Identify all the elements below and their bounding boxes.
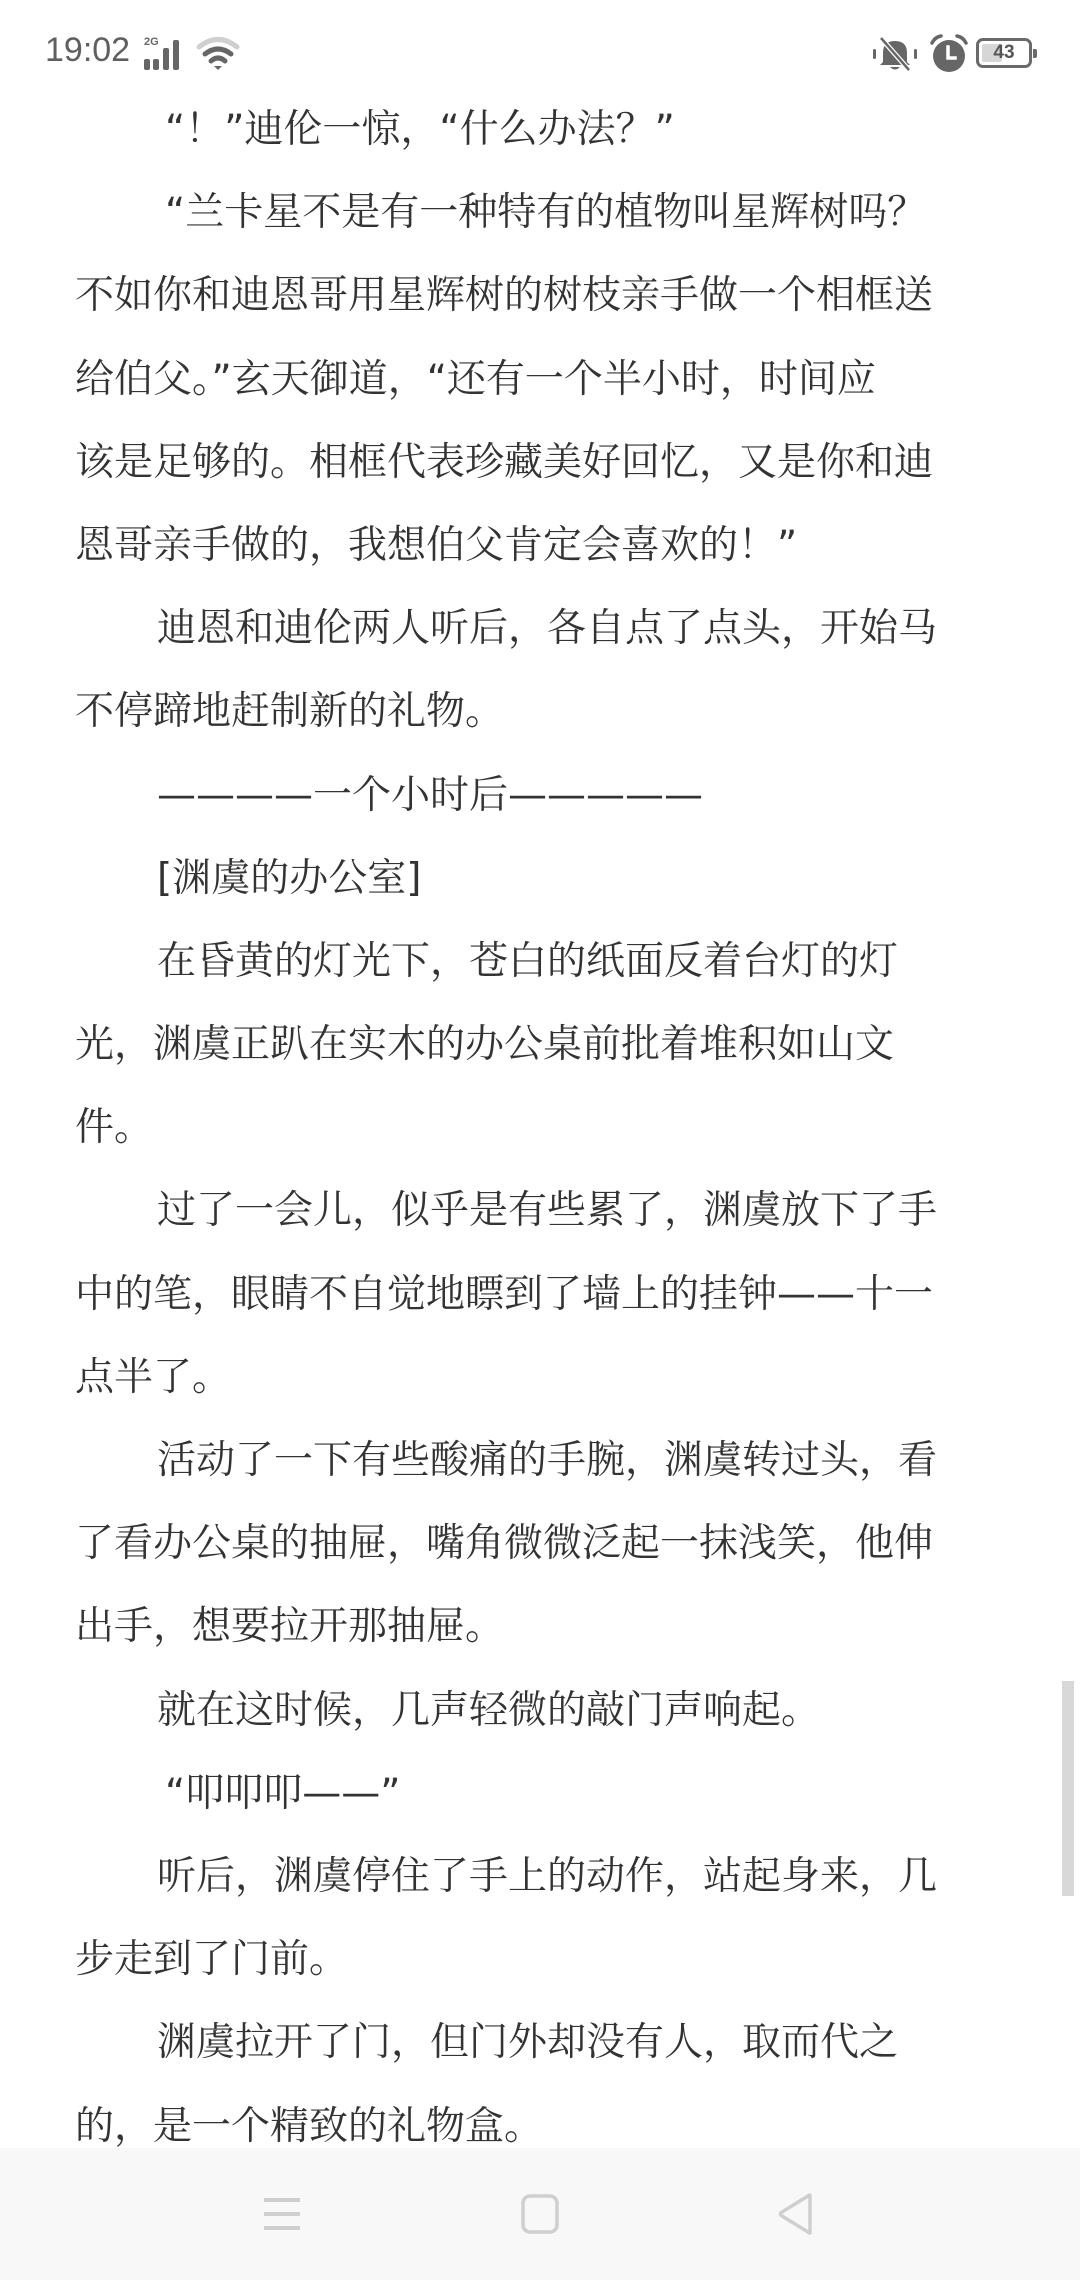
- text-line: 不停蹄地赶制新的礼物。: [75, 670, 1000, 753]
- text-line: 的，是一个精致的礼物盒。: [75, 2085, 1000, 2149]
- scrollbar-thumb[interactable]: [1062, 1681, 1074, 1896]
- battery-level: 43: [979, 41, 1029, 65]
- text-line: 在昏黄的灯光下，苍白的纸面反着台灯的灯: [75, 920, 1000, 1003]
- home-square-icon: [520, 2194, 560, 2234]
- battery-nub: [1033, 49, 1037, 58]
- network-type-label: 2G: [144, 36, 159, 48]
- text-line: 恩哥亲手做的，我想伯父肯定会喜欢的！”: [75, 504, 1000, 587]
- text-line: 点半了。: [75, 1336, 1000, 1419]
- text-line: 就在这时候，几声轻微的敲门声响起。: [75, 1669, 1000, 1752]
- notifications-muted-icon: [872, 36, 918, 72]
- home-button[interactable]: [480, 2148, 600, 2280]
- chapter-text: “！”迪伦一惊，“什么办法？” “兰卡星不是有一种特有的植物叫星辉树吗？ 不如你…: [75, 88, 1000, 2148]
- text-line: 了看办公桌的抽屉，嘴角微微泛起一抹浅笑，他伸: [75, 1502, 1000, 1585]
- text-line: 中的笔，眼睛不自觉地瞟到了墙上的挂钟——十一: [75, 1253, 1000, 1336]
- text-line: 步走到了门前。: [75, 1918, 1000, 2001]
- battery-indicator: 43: [976, 38, 1032, 68]
- system-navigation-bar: [0, 2148, 1080, 2280]
- text-line: 过了一会儿，似乎是有些累了，渊虞放下了手: [75, 1169, 1000, 1252]
- status-time: 19:02: [45, 31, 130, 70]
- text-line: 活动了一下有些酸痛的手腕，渊虞转过头，看: [75, 1419, 1000, 1502]
- text-line: 出手，想要拉开那抽屉。: [75, 1585, 1000, 1668]
- status-bar: 19:02 2G 43: [0, 0, 1080, 100]
- reader-page[interactable]: “！”迪伦一惊，“什么办法？” “兰卡星不是有一种特有的植物叫星辉树吗？ 不如你…: [0, 88, 1080, 2148]
- text-line: 听后，渊虞停住了手上的动作，站起身来，几: [75, 1835, 1000, 1918]
- text-line: 不如你和迪恩哥用星辉树的树枝亲手做一个相框送: [75, 254, 1000, 337]
- cellular-signal-icon: 2G: [144, 38, 189, 70]
- menu-lines-icon: [262, 2194, 302, 2234]
- back-triangle-icon: [776, 2192, 816, 2236]
- text-line: 渊虞拉开了门，但门外却没有人，取而代之: [75, 2001, 1000, 2084]
- scene-heading: [渊虞的办公室]: [75, 837, 1000, 920]
- recents-button[interactable]: [222, 2148, 342, 2280]
- wifi-icon: [196, 36, 240, 70]
- back-button[interactable]: [736, 2148, 856, 2280]
- scene-break: ————一个小时后—————: [75, 754, 1000, 837]
- text-line: “兰卡星不是有一种特有的植物叫星辉树吗？: [75, 171, 1000, 254]
- alarm-clock-icon: [929, 34, 969, 74]
- text-line: 给伯父。”玄天御道，“还有一个半小时，时间应: [75, 338, 1000, 421]
- text-line: 迪恩和迪伦两人听后，各自点了点头，开始马: [75, 587, 1000, 670]
- text-line: “！”迪伦一惊，“什么办法？”: [75, 88, 1000, 171]
- text-line: “叩叩叩——”: [75, 1752, 1000, 1835]
- text-line: 光，渊虞正趴在实木的办公桌前批着堆积如山文: [75, 1003, 1000, 1086]
- text-line: 件。: [75, 1086, 1000, 1169]
- text-line: 该是足够的。相框代表珍藏美好回忆，又是你和迪: [75, 421, 1000, 504]
